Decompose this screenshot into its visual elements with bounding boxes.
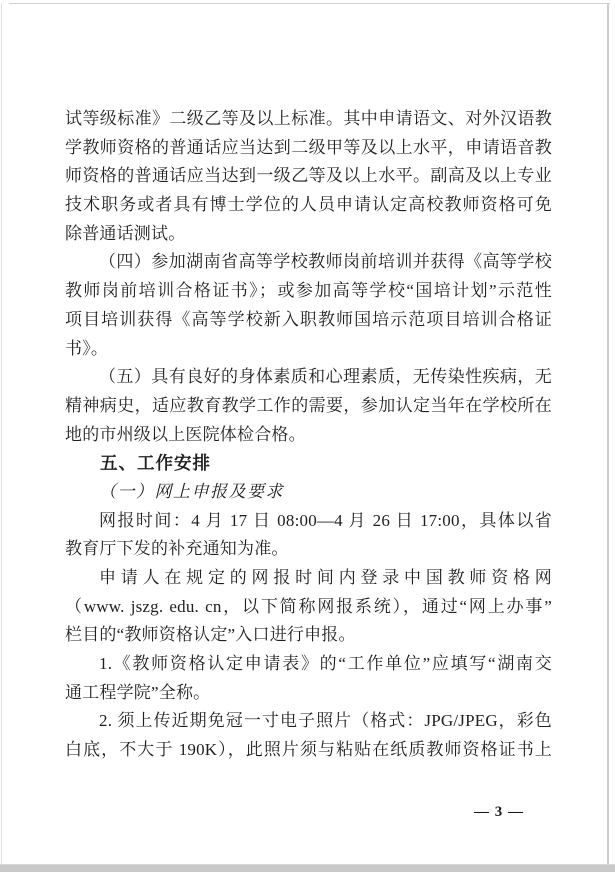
text-line: 2. 须上传近期免冠一寸电子照片（格式：JPG/JPEG，彩色: [65, 707, 552, 736]
text-line: 除普通话测试。: [65, 220, 552, 249]
text-line: 技术职务或者具有博士学位的人员申请认定高校教师资格可免: [65, 191, 552, 220]
document-body: 试等级标准》二级乙等及以上标准。其中申请语文、对外汉语教学教师资格的普通话应当达…: [65, 105, 552, 765]
text-line: 栏目的“教师资格认定”入口进行申报。: [65, 621, 552, 650]
text-line: 申请人在规定的网报时间内登录中国教师资格网: [65, 564, 552, 593]
text-line: 师资格的普通话应当达到一级乙等及以上水平。副高及以上专业: [65, 162, 552, 191]
page-edge-top: [9, 3, 610, 4]
page-number: — 3 —: [474, 804, 524, 821]
text-line: 教育厅下发的补充通知为准。: [65, 535, 552, 564]
text-line: （四）参加湖南省高等学校教师岗前培训并获得《高等学校: [65, 248, 552, 277]
text-line: 书》。: [65, 335, 552, 364]
text-line: （五）具有良好的身体素质和心理素质，无传染性疾病，无: [65, 363, 552, 392]
text-line: （www. jszg. edu. cn，以下简称网报系统），通过“网上办事”: [65, 593, 552, 622]
section-heading: 五、工作安排: [65, 449, 552, 478]
page-edge-bottom: [0, 864, 615, 872]
subsection-heading: （一）网上申报及要求: [65, 478, 552, 507]
text-line: 项目培训获得《高等学校新入职教师国培示范项目培训合格证: [65, 306, 552, 335]
text-line: 试等级标准》二级乙等及以上标准。其中申请语文、对外汉语教: [65, 105, 552, 134]
page-edge-right: [607, 3, 609, 865]
text-line: 学教师资格的普通话应当达到二级甲等及以上水平，申请语音教: [65, 134, 552, 163]
text-line: 白底，不大于 190K），此照片须与粘贴在纸质教师资格证书上: [65, 736, 552, 765]
text-line: 通工程学院”全称。: [65, 679, 552, 708]
text-line: 教师岗前培训合格证书》；或参加高等学校“国培计划”示范性: [65, 277, 552, 306]
page-edge-left: [1, 3, 2, 865]
text-line: 精神病史，适应教育教学工作的需要，参加认定当年在学校所在: [65, 392, 552, 421]
text-line: 地的市州级以上医院体检合格。: [65, 421, 552, 450]
text-line: 1.《教师资格认定申请表》的“工作单位”应填写“湖南交: [65, 650, 552, 679]
text-line: 网报时间：4 月 17 日 08:00—4 月 26 日 17:00，具体以省: [65, 507, 552, 536]
